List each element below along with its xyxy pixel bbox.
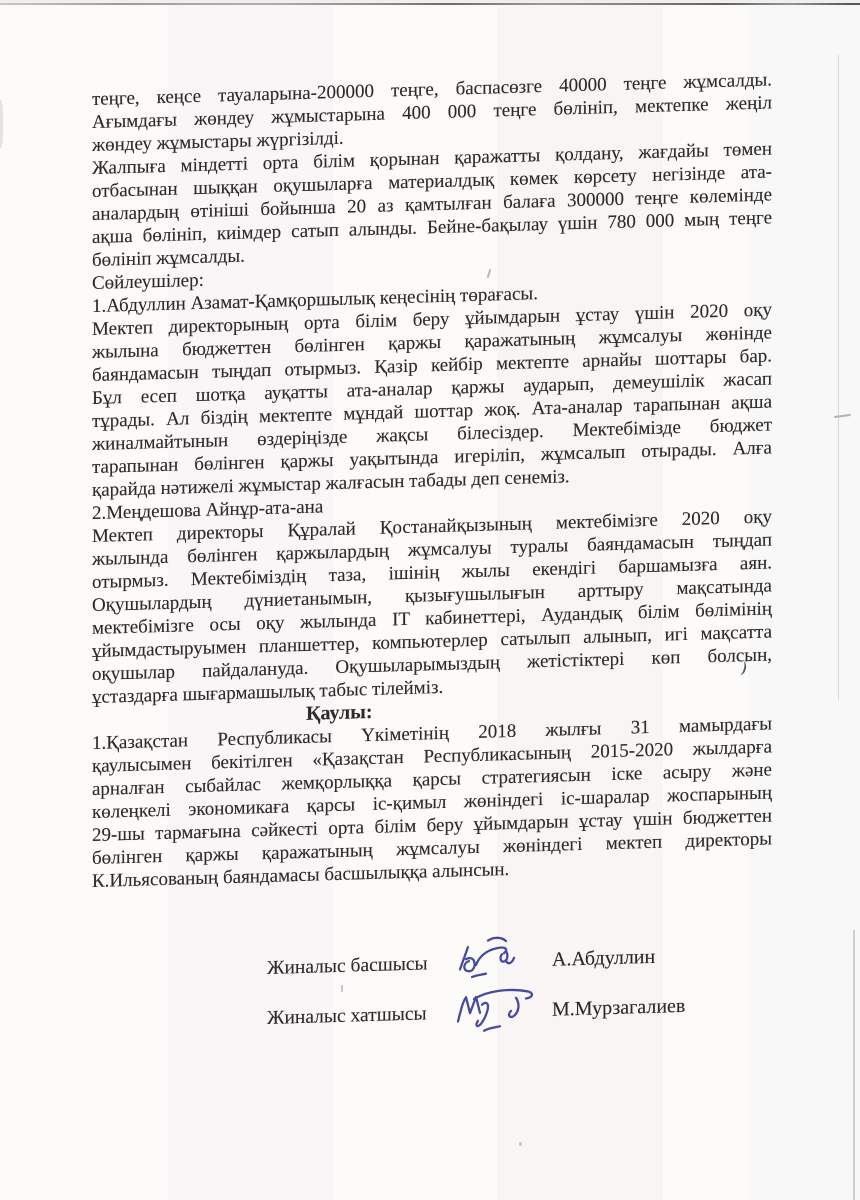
scan-speck [519,1142,522,1146]
signature-name: М.Мурзагалиев [552,994,685,1021]
scan-right-edge-line [838,55,839,700]
signature-scribble [454,985,546,1038]
document-content: теңге, кеңсе тауаларына-200000 теңге, ба… [92,68,772,1046]
scan-left-smudge [0,100,3,148]
scan-artifact-dash [834,414,851,418]
signature-name: А.Абдуллин [552,945,655,971]
signature-role-label: Жиналыс хатшысы [267,1001,454,1029]
document-text: теңге, кеңсе тауаларына-200000 теңге, ба… [92,68,772,893]
scanned-document-page: теңге, кеңсе тауаларына-200000 теңге, ба… [0,0,860,1200]
signature-scribble [454,935,546,988]
signature-role-label: Жиналыс басшысы [267,951,454,979]
scan-top-edge-line [0,3,860,5]
signature-block: Жиналыс басшысыА.АбдуллинЖиналыс хатшысы… [92,930,772,1046]
scan-right-edge-line [853,930,855,1200]
